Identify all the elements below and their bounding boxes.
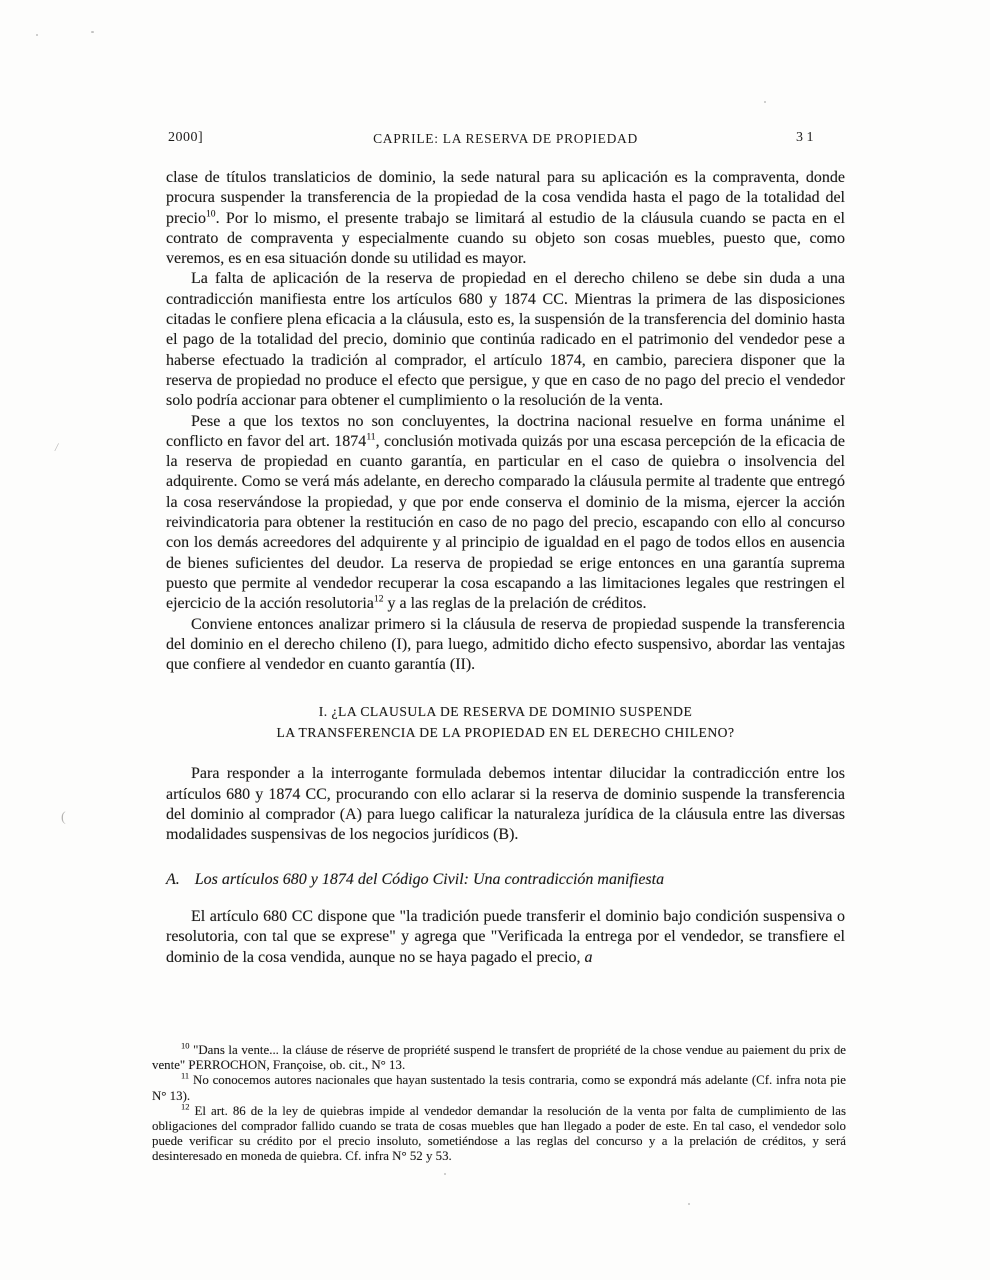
paragraph: Conviene entonces analizar primero si la… [166, 615, 845, 676]
scan-speck [444, 1173, 446, 1175]
subsection-label: A. [166, 870, 180, 890]
section-heading-line2: LA TRANSFERENCIA DE LA PROPIEDAD EN EL D… [166, 723, 845, 744]
article-body: clase de títulos translaticios de domini… [166, 168, 845, 968]
paragraph: Para responder a la interrogante formula… [166, 764, 845, 845]
paragraph-continuation: clase de títulos translaticios de domini… [166, 168, 845, 269]
scan-artifact-slash: / [54, 440, 59, 455]
scan-artifact-paren: ( [61, 810, 66, 826]
paragraph: La falta de aplicación de la reserva de … [166, 269, 845, 411]
scanned-article-page: / ( 2000] CAPRILE: LA RESERVA DE PROPIED… [0, 0, 990, 1280]
paragraph: El artículo 680 CC dispone que "la tradi… [166, 907, 845, 968]
running-header: 2000] CAPRILE: LA RESERVA DE PROPIEDAD 3… [166, 129, 845, 149]
subsection-heading: A. Los artículos 680 y 1874 del Código C… [166, 870, 845, 890]
footnote-12: 12 El art. 86 de la ley de quiebras impi… [152, 1104, 846, 1165]
scan-speck [91, 31, 94, 33]
section-heading-line1: I. ¿LA CLAUSULA DE RESERVA DE DOMINIO SU… [166, 702, 845, 723]
subsection-title: Los artículos 680 y 1874 del Código Civi… [195, 870, 664, 890]
footnote-11: 11 No conocemos autores nacionales que h… [152, 1073, 846, 1103]
footnotes-block: 10 "Dans la vente... la cláuse de réserv… [152, 1043, 846, 1165]
paragraph: Pese a que los textos no son concluyente… [166, 412, 845, 615]
header-page-number: 31 [796, 130, 817, 146]
scan-speck [36, 34, 38, 36]
scan-speck [764, 101, 766, 103]
section-heading: I. ¿LA CLAUSULA DE RESERVA DE DOMINIO SU… [166, 702, 845, 743]
footnote-10: 10 "Dans la vente... la cláuse de réserv… [152, 1043, 846, 1073]
scan-speck [688, 1203, 690, 1205]
header-article-title: CAPRILE: LA RESERVA DE PROPIEDAD [166, 131, 845, 147]
